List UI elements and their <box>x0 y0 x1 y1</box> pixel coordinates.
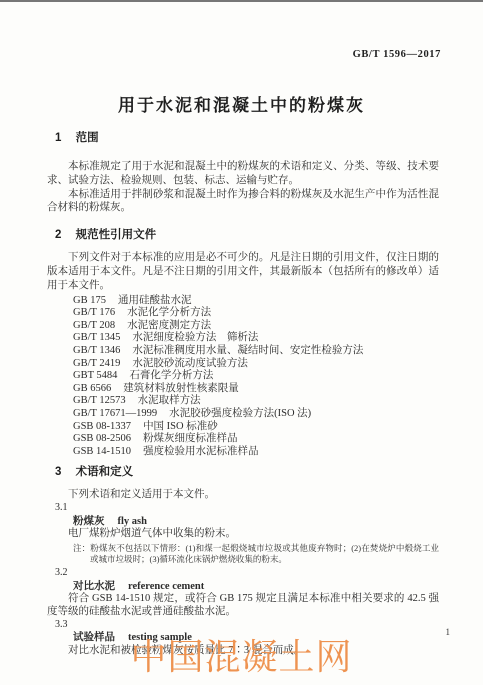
term-name-en: fly ash <box>118 516 147 527</box>
reference-code: GBT 5484 <box>73 370 117 381</box>
reference-item: GB/T 17671—1999水泥胶砂强度检验方法(ISO 法) <box>47 408 439 421</box>
reference-code: GB 175 <box>73 295 106 306</box>
reference-item: GB/T 176水泥化学分析方法 <box>47 307 439 320</box>
reference-item: GB 175通用硅酸盐水泥 <box>47 295 439 308</box>
term-number: 3.2 <box>47 567 439 580</box>
reference-title: 水泥标准稠度用水量、凝结时间、安定性检验方法 <box>132 345 363 356</box>
reference-code: GB/T 1346 <box>73 345 120 356</box>
page-number: 1 <box>446 627 451 637</box>
reference-item: GB/T 12573水泥取样方法 <box>47 395 439 408</box>
term-definition: 符合 GSB 14-1510 规定，或符合 GB 175 规定且满足本标准中相关… <box>47 593 439 619</box>
section-1-number: 1 <box>55 131 61 145</box>
reference-title: 石膏化学分析方法 <box>129 370 213 381</box>
reference-code: GSB 08-1337 <box>73 421 131 432</box>
section-1-heading: 1 范围 <box>47 131 439 145</box>
reference-code: GSB 08-2506 <box>73 433 131 444</box>
reference-title: 粉煤灰细度标准样品 <box>143 433 238 444</box>
reference-code: GSB 14-1510 <box>73 446 131 457</box>
reference-item: GSB 08-1337中国 ISO 标准砂 <box>47 421 439 434</box>
term-name-en: reference cement <box>128 581 204 592</box>
reference-title: 水泥取样方法 <box>138 395 201 406</box>
section-3-heading: 3 术语和定义 <box>47 465 439 479</box>
scan-edge-artifact <box>0 0 483 2</box>
reference-code: GB/T 1345 <box>73 332 120 343</box>
reference-item: GB/T 1345水泥细度检验方法 筛析法 <box>47 332 439 345</box>
section-2-heading: 2 规范性引用文件 <box>47 228 439 242</box>
section-1-paragraph-1: 本标准规定了用于水泥和混凝土中的粉煤灰的术语和定义、分类、等级、技术要求、试验方… <box>47 160 439 188</box>
reference-item: GB/T 2419水泥胶砂流动度试验方法 <box>47 358 439 371</box>
standard-number: GB/T 1596—2017 <box>353 49 441 60</box>
term-name: 粉煤灰fly ash <box>47 515 439 529</box>
section-2-intro: 下列文件对于本标准的应用是必不可少的。凡是注日期的引用文件，仅注日期的版本适用于… <box>47 251 439 292</box>
reference-title: 水泥化学分析方法 <box>127 307 211 318</box>
reference-title: 水泥细度检验方法 筛析法 <box>132 332 258 343</box>
term-block-fly-ash: 3.1 粉煤灰fly ash 电厂煤粉炉烟道气体中收集的粉末。 注：粉煤灰不包括… <box>47 502 439 565</box>
reference-title: 中国 ISO 标准砂 <box>143 421 218 432</box>
section-1-title: 范围 <box>76 132 99 144</box>
term-name: 对比水泥reference cement <box>47 580 439 594</box>
section-2-title: 规范性引用文件 <box>76 229 157 241</box>
term-note: 注：粉煤灰不包括以下情形：(1)和煤一起煅烧城市垃圾或其他废弃物时；(2)在焚烧… <box>47 543 439 565</box>
section-3-title: 术语和定义 <box>76 466 134 478</box>
reference-code: GB/T 208 <box>73 320 115 331</box>
reference-title: 水泥胶砂流动度试验方法 <box>132 358 248 369</box>
section-2-number: 2 <box>55 228 61 242</box>
reference-item: GBT 5484石膏化学分析方法 <box>47 370 439 383</box>
section-3-intro: 下列术语和定义适用于本文件。 <box>47 488 439 502</box>
section-1-paragraph-2: 本标准适用于拌制砂浆和混凝土时作为掺合料的粉煤灰及水泥生产中作为活性混合材料的粉… <box>47 188 439 216</box>
document-page: GB/T 1596—2017 用于水泥和混凝土中的粉煤灰 1 范围 本标准规定了… <box>0 0 483 685</box>
reference-code: GB/T 176 <box>73 307 115 318</box>
reference-code: GB/T 17671—1999 <box>73 408 157 419</box>
watermark-china-concrete-net: 中国混凝土网 <box>130 629 352 680</box>
reference-code: GB 6566 <box>73 383 111 394</box>
section-3-number: 3 <box>55 465 61 479</box>
term-definition: 电厂煤粉炉烟道气体中收集的粉末。 <box>47 528 439 541</box>
term-name-zh: 粉煤灰 <box>73 515 105 527</box>
page-title: 用于水泥和混凝土中的粉煤灰 <box>0 91 483 116</box>
reference-title: 水泥胶砂强度检验方法(ISO 法) <box>169 408 311 419</box>
reference-item: GB/T 1346水泥标准稠度用水量、凝结时间、安定性检验方法 <box>47 345 439 358</box>
reference-code: GB/T 12573 <box>73 395 126 406</box>
reference-item: GB/T 208水泥密度测定方法 <box>47 320 439 333</box>
reference-title: 水泥密度测定方法 <box>127 320 211 331</box>
term-name-zh: 试验样品 <box>73 631 115 643</box>
term-name-zh: 对比水泥 <box>73 580 115 592</box>
term-block-reference-cement: 3.2 对比水泥reference cement 符合 GSB 14-1510 … <box>47 567 439 619</box>
reference-item: GB 6566建筑材料放射性核素限量 <box>47 383 439 396</box>
reference-item: GSB 14-1510强度检验用水泥标准样品 <box>47 446 439 459</box>
reference-title: 强度检验用水泥标准样品 <box>143 446 259 457</box>
document-body: 1 范围 本标准规定了用于水泥和混凝土中的粉煤灰的术语和定义、分类、等级、技术要… <box>47 131 439 658</box>
reference-item: GSB 08-2506粉煤灰细度标准样品 <box>47 433 439 446</box>
references-list: GB 175通用硅酸盐水泥GB/T 176水泥化学分析方法GB/T 208水泥密… <box>47 295 439 459</box>
term-number: 3.1 <box>47 502 439 515</box>
reference-title: 建筑材料放射性核素限量 <box>123 383 239 394</box>
reference-title: 通用硅酸盐水泥 <box>118 295 192 306</box>
reference-code: GB/T 2419 <box>73 358 120 369</box>
